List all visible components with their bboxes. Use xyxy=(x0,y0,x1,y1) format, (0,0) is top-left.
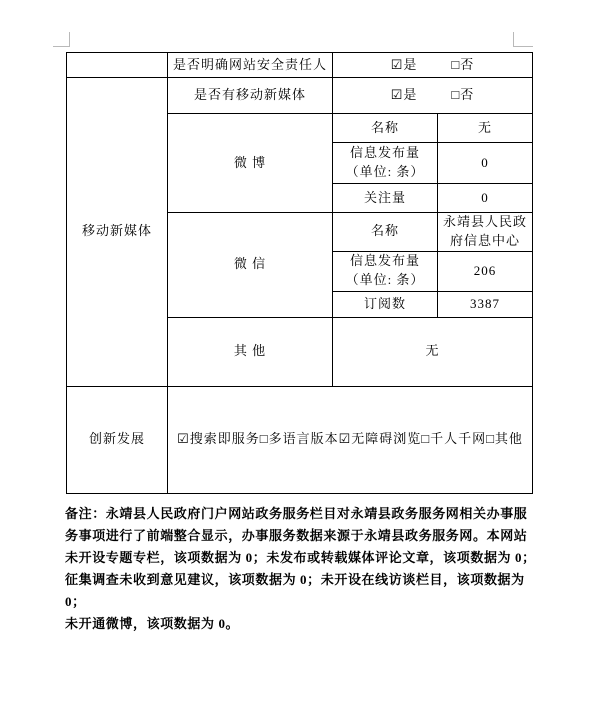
checkbox-no-unchecked: □否 xyxy=(451,57,474,72)
innovation-section-label: 创新发展 xyxy=(67,386,168,493)
wechat-publish-label-line2: （单位: 条） xyxy=(333,271,437,290)
has-mobile-media-question: 是否有移动新媒体 xyxy=(168,78,333,114)
weibo-publish-label: 信息发布量 （单位: 条） xyxy=(333,143,438,184)
note-line: 未开设专题专栏，该项数据为 0；未发布或转载媒体评论文章，该项数据为 0； xyxy=(65,547,537,569)
wechat-subscribe-label: 订阅数 xyxy=(333,291,438,317)
has-mobile-media-answer: ☑是□否 xyxy=(333,78,533,114)
weibo-followers-label: 关注量 xyxy=(333,184,438,213)
weibo-publish-value: 0 xyxy=(438,143,533,184)
checkbox-yes-checked: ☑是 xyxy=(391,57,418,72)
weibo-name-value: 无 xyxy=(438,114,533,143)
empty-section-cell xyxy=(67,53,168,78)
security-officer-answer: ☑是□否 xyxy=(333,53,533,78)
weibo-name-label: 名称 xyxy=(333,114,438,143)
wechat-publish-label: 信息发布量 （单位: 条） xyxy=(333,251,438,291)
note-line: 征集调查未收到意见建议，该项数据为 0；未开设在线访谈栏目，该项数据为 0； xyxy=(65,569,537,613)
note-line: 未开通微博，该项数据为 0。 xyxy=(65,613,537,635)
margin-mark-top-left-horizontal xyxy=(53,46,70,47)
weibo-label: 微 博 xyxy=(168,114,333,213)
note-line: 务事项进行了前端整合显示，办事服务数据来源于永靖县政务服务网。本网站 xyxy=(65,525,537,547)
row-innovation: 创新发展 ☑搜索即服务□多语言版本☑无障碍浏览□千人千网□其他 xyxy=(67,386,533,493)
margin-mark-top-right-horizontal xyxy=(513,46,533,47)
other-media-value: 无 xyxy=(333,317,533,386)
row-security-officer: 是否明确网站安全责任人 ☑是□否 xyxy=(67,53,533,78)
wechat-name-value: 永靖县人民政府信息中心 xyxy=(438,213,533,252)
margin-mark-top-left-vertical xyxy=(69,32,70,47)
wechat-name-label: 名称 xyxy=(333,213,438,252)
wechat-publish-label-line1: 信息发布量 xyxy=(333,252,437,271)
weibo-followers-value: 0 xyxy=(438,184,533,213)
section-label-mobile-new-media: 移动新媒体 xyxy=(67,78,168,387)
margin-mark-top-right-vertical xyxy=(513,32,514,47)
note-line: 备注：永靖县人民政府门户网站政务服务栏目对永靖县政务服务网相关办事服 xyxy=(65,503,537,525)
document-page: 是否明确网站安全责任人 ☑是□否 移动新媒体 是否有移动新媒体 ☑是□否 微 博… xyxy=(0,0,593,706)
wechat-publish-value: 206 xyxy=(438,251,533,291)
weibo-publish-label-line2: （单位: 条） xyxy=(333,163,437,182)
row-has-mobile-media: 移动新媒体 是否有移动新媒体 ☑是□否 xyxy=(67,78,533,114)
wechat-subscribe-value: 3387 xyxy=(438,291,533,317)
innovation-options-checkboxes: ☑搜索即服务□多语言版本☑无障碍浏览□千人千网□其他 xyxy=(168,386,533,493)
security-officer-question: 是否明确网站安全责任人 xyxy=(168,53,333,78)
report-table: 是否明确网站安全责任人 ☑是□否 移动新媒体 是否有移动新媒体 ☑是□否 微 博… xyxy=(66,52,533,494)
other-media-label: 其 他 xyxy=(168,317,333,386)
remarks-note: 备注：永靖县人民政府门户网站政务服务栏目对永靖县政务服务网相关办事服 务事项进行… xyxy=(65,503,537,635)
weibo-publish-label-line1: 信息发布量 xyxy=(333,144,437,163)
wechat-label: 微 信 xyxy=(168,213,333,318)
checkbox-no-unchecked: □否 xyxy=(451,87,474,102)
checkbox-yes-checked: ☑是 xyxy=(391,87,418,102)
